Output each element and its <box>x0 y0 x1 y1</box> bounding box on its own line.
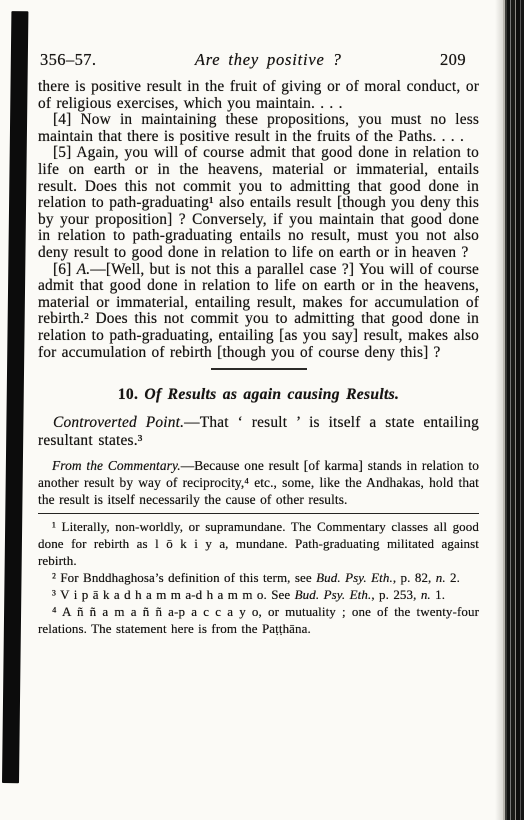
section-divider-rule <box>211 368 307 370</box>
footnote-3: ³ V i p ā k a d h a m m a-d h a m m o. S… <box>38 586 479 603</box>
section-heading: 10. Of Results as again causing Results. <box>38 385 479 404</box>
scanned-book-page: 356–57. Are they positive ? 209 there is… <box>0 0 524 820</box>
body-paragraph-4: [4] Now in maintaining these proposition… <box>38 112 479 145</box>
footnote-4: ⁴ A ñ ñ a m a ñ ñ a-p a c c a y o, or mu… <box>38 603 479 637</box>
footnote-2: ² For Bnddhaghosa’s definition of this t… <box>38 569 479 586</box>
body-paragraph-5: [5] Again, you will of course admit that… <box>38 145 479 261</box>
page-number: 209 <box>440 50 466 70</box>
footnote-separator-rule <box>38 513 479 514</box>
scan-gutter-bar <box>2 11 28 783</box>
scan-edge-band <box>503 0 524 820</box>
body-paragraph-6: [6] A.—[Well, but is not this a parallel… <box>38 262 479 362</box>
text-column: there is positive result in the fruit of… <box>38 79 479 637</box>
running-head: 356–57. Are they positive ? 209 <box>40 50 466 70</box>
commentary-paragraph: From the Commentary.—Because one result … <box>38 458 479 509</box>
running-title: Are they positive ? <box>195 50 342 70</box>
body-paragraph-continuation: there is positive result in the fruit of… <box>38 79 479 112</box>
footnote-1: ¹ Literally, non-worldly, or supramundan… <box>38 518 479 569</box>
scan-edge-smudge <box>495 0 503 820</box>
section-numbers: 356–57. <box>40 50 96 70</box>
controverted-point-paragraph: Controverted Point.—That ‘ result ’ is i… <box>38 414 479 451</box>
